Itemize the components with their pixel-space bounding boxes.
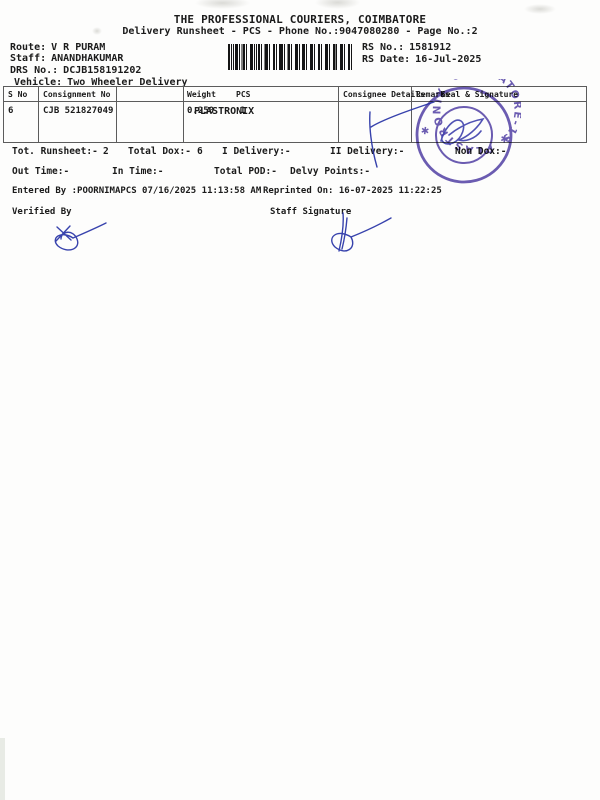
staff-signature (332, 213, 391, 251)
pen-strokes-overlay (0, 0, 600, 800)
remarks-pen-stroke (371, 102, 434, 127)
verified-by-signature (55, 223, 106, 250)
delivery-runsheet-document: THE PROFESSIONAL COURIERS, COIMBATORE De… (0, 0, 600, 800)
remarks-pen-stroke (370, 112, 377, 167)
